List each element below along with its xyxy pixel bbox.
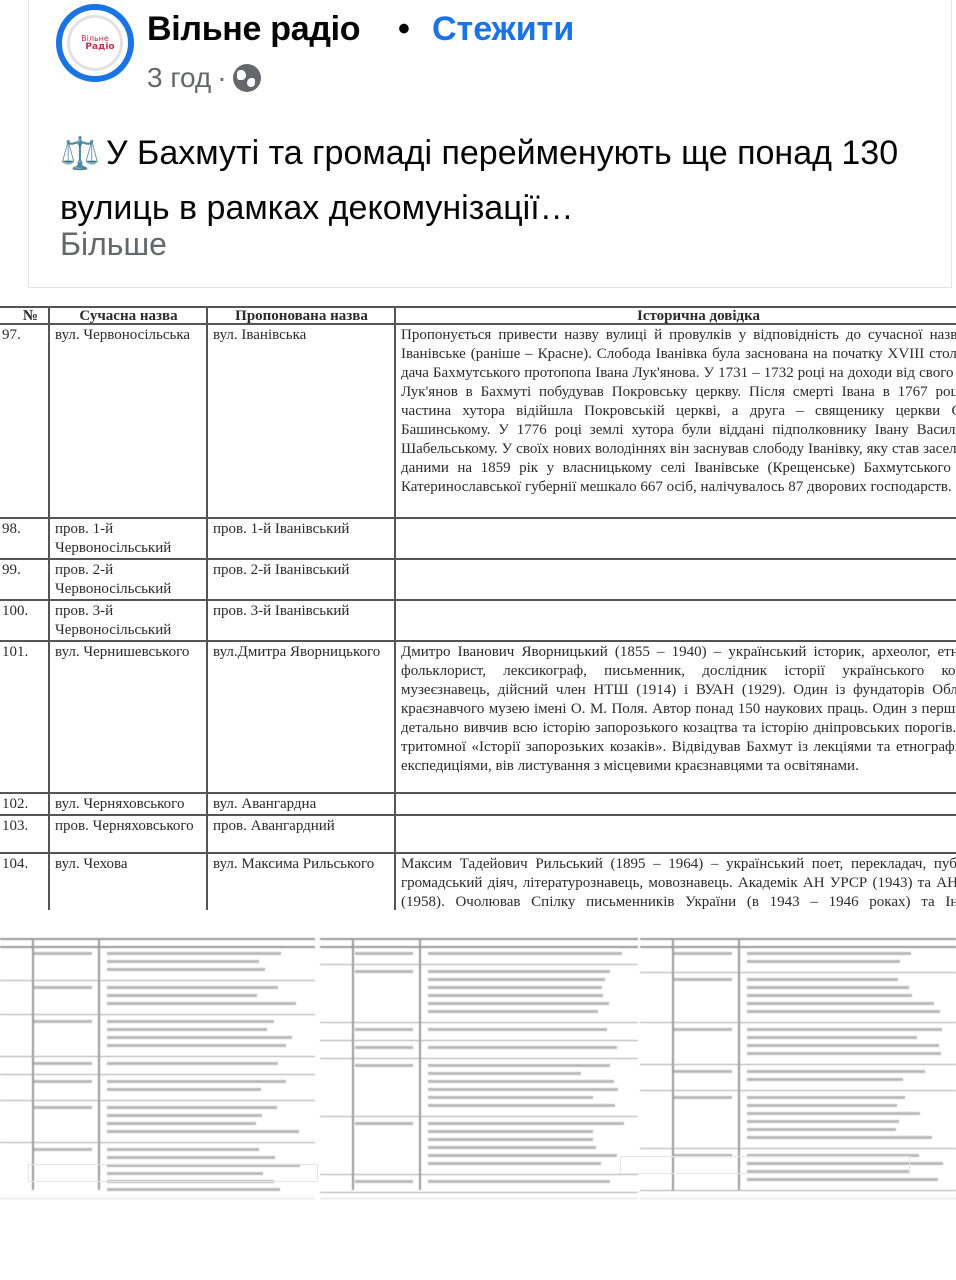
thumbnail-line: [107, 1044, 286, 1047]
thumbnail-line: [0, 1074, 315, 1075]
follow-button[interactable]: Стежити: [432, 10, 574, 49]
thumbnail-line: [640, 938, 956, 948]
thumbnail-line: [640, 1190, 956, 1191]
thumbnail-line: [107, 1020, 274, 1023]
thumbnail-line: [674, 1096, 732, 1099]
thumbnail-line: [0, 938, 315, 948]
post-text: ⚖️У Бахмуті та громаді перейменують ще п…: [60, 126, 920, 236]
thumbnail-line: [320, 1116, 638, 1117]
thumbnail-line: [428, 1096, 593, 1099]
thumbnail-line: [640, 972, 956, 973]
thumbnail-line: [747, 994, 911, 997]
proposed-name-cell: пров. 1-й Іванівський: [207, 518, 395, 559]
table-row: 102.вул. Черняховськоговул. Авангардна: [0, 793, 956, 815]
proposed-name-cell: пров. 2-й Іванівський: [207, 559, 395, 600]
thumbnail-line: [107, 1080, 286, 1083]
thumbnail-line: [355, 1122, 413, 1125]
thumbnail-line: [355, 952, 413, 955]
thumbnail-line: [34, 1062, 92, 1065]
thumbnail-line: [107, 994, 257, 997]
history-cell: [395, 518, 956, 559]
proposed-name-cell: вул. Іванівська: [207, 324, 395, 518]
proposed-name-cell: вул. Авангардна: [207, 793, 395, 815]
thumbnail-line: [428, 1010, 598, 1013]
thumbnail-line: [747, 1078, 902, 1081]
row-number: 102.: [0, 793, 49, 815]
thumbnail-line: [428, 1064, 610, 1067]
history-cell: [395, 600, 956, 641]
thumbnail-line: [352, 938, 354, 1190]
thumbnail-line: [428, 952, 622, 955]
thumbnail-line: [747, 1104, 897, 1107]
history-cell: [395, 815, 956, 853]
thumbnail-line: [747, 1010, 940, 1013]
thumbnail-line: [107, 952, 281, 955]
post-timestamp[interactable]: 3 год: [147, 62, 211, 94]
col-header-current-name: Сучасна назва: [49, 307, 207, 324]
thumbnail-line: [320, 964, 638, 965]
col-header-proposed-name: Пропонована назва: [207, 307, 395, 324]
proposed-name-cell: пров. Авангардний: [207, 815, 395, 853]
thumbnail-line: [107, 1028, 267, 1031]
thumbnail-line: [320, 1058, 638, 1059]
row-number: 100.: [0, 600, 49, 641]
thumbnail-line: [107, 986, 278, 989]
thumbnail-line: [747, 952, 911, 955]
row-number: 99.: [0, 559, 49, 600]
thumbnail-line: [107, 1062, 278, 1065]
thumbnail-line: [34, 986, 92, 989]
thumbnail-line: [419, 938, 421, 1190]
thumbnail-line: [428, 1130, 593, 1133]
thumbnail-line: [747, 1128, 896, 1131]
post-body: У Бахмуті та громаді перейменують ще пон…: [60, 134, 898, 227]
thumbnail-line: [747, 1028, 941, 1031]
thumbnail-line: [107, 1188, 280, 1191]
thumbnail-line: [428, 1080, 613, 1083]
thumbnail-line: [355, 1046, 413, 1049]
current-name-cell: пров. 2-й Червоносільський: [49, 559, 207, 600]
thumbnail-line: [0, 980, 315, 981]
page-name-link[interactable]: Вільне радіо: [147, 10, 360, 49]
thumbnail-line: [640, 1064, 956, 1065]
current-name-cell: вул. Червоносільська: [49, 324, 207, 518]
thumbnail-line: [107, 1156, 275, 1159]
thumbnail-line: [107, 1130, 299, 1133]
thumbnail-line: [107, 1036, 292, 1039]
see-more-link[interactable]: Більше: [60, 226, 167, 263]
table-row: 97.вул. Червоносільськавул. ІванівськаПр…: [0, 324, 956, 518]
meta-separator: ·: [217, 62, 226, 94]
thumbnail-line: [428, 970, 610, 973]
thumbnail-line: [320, 1192, 638, 1193]
current-name-cell: пров. Черняховського: [49, 815, 207, 853]
thumbnail-line: [0, 1014, 315, 1015]
thumbnail-line: [320, 938, 638, 948]
current-name-cell: вул. Чехова: [49, 853, 207, 910]
row-number: 98.: [0, 518, 49, 559]
thumbnail-line: [107, 1002, 296, 1005]
thumbnail-line: [107, 1122, 256, 1125]
thumbnail-line: [355, 970, 413, 973]
history-cell: Максим Тадейович Рильський (1895 – 1964)…: [395, 853, 956, 910]
more-images-gallery: [0, 912, 956, 1280]
thumbnail-line: [747, 1120, 898, 1123]
current-name-cell: вул. Чернишевського: [49, 641, 207, 793]
thumbnail-line: [0, 1056, 315, 1057]
proposed-name-cell: вул. Максима Рильського: [207, 853, 395, 910]
thumbnail-line: [747, 1070, 925, 1073]
thumbnail-line: [640, 1148, 956, 1149]
thumbnail-line: [747, 1178, 938, 1181]
thumbnail-line: [428, 1002, 609, 1005]
table-row: 98.пров. 1-й Червоносільськийпров. 1-й І…: [0, 518, 956, 559]
thumbnail-line: [747, 1002, 934, 1005]
radio-logo-icon: Вільне Радіо: [67, 15, 123, 71]
document-thumbnail[interactable]: [320, 924, 638, 1199]
thumbnail-line: [747, 1036, 916, 1039]
thumbnail-line: [0, 1100, 315, 1101]
table-header-row: № Сучасна назва Пропонована назва Істори…: [0, 307, 956, 324]
thumbnail-line: [107, 1106, 277, 1109]
thumbnail-line: [428, 1146, 596, 1149]
thumbnail-line: [34, 1148, 92, 1151]
proposed-name-cell: вул.Дмитра Яворницького: [207, 641, 395, 793]
thumbnail-line: [428, 1046, 617, 1049]
thumbnail-line: [747, 1136, 932, 1139]
thumbnail-line: [747, 1044, 938, 1047]
thumbnail-line: [107, 968, 265, 971]
thumbnail-line: [747, 1096, 905, 1099]
proposed-name-cell: пров. 3-й Іванівський: [207, 600, 395, 641]
table-row: 103.пров. Черняховськогопров. Авангардни…: [0, 815, 956, 853]
balance-scale-icon: ⚖️: [60, 126, 106, 181]
thumbnail-line: [674, 1028, 732, 1031]
thumbnail-line: [320, 1174, 638, 1175]
thumbnail-line: [428, 1088, 618, 1091]
thumbnail-line: [428, 1028, 607, 1031]
renaming-table: № Сучасна назва Пропонована назва Істори…: [0, 306, 956, 910]
thumbnail-line: [428, 1162, 601, 1165]
thumbnail-line: [747, 1052, 940, 1055]
thumbnail-line: [747, 1112, 920, 1115]
col-header-number: №: [0, 307, 49, 324]
table-row: 100.пров. 3-й Червоносільськийпров. 3-й …: [0, 600, 956, 641]
col-header-history: Історична довідка: [395, 307, 956, 324]
current-name-cell: пров. 3-й Червоносільський: [49, 600, 207, 641]
thumbnail-line: [320, 1022, 638, 1023]
thumbnail-frame: [620, 1156, 910, 1174]
thumbnail-line: [428, 978, 605, 981]
thumbnail-line: [640, 1022, 956, 1023]
thumbnail-line: [428, 986, 601, 989]
thumbnail-line: [107, 960, 259, 963]
thumbnail-line: [428, 1154, 617, 1157]
thumbnail-line: [640, 1090, 956, 1091]
thumbnail-line: [34, 952, 92, 955]
thumbnail-line: [107, 1088, 261, 1091]
row-number: 103.: [0, 815, 49, 853]
globe-icon[interactable]: [233, 64, 261, 92]
table-row: 101.вул. Чернишевськоговул.Дмитра Яворни…: [0, 641, 956, 793]
row-number: 97.: [0, 324, 49, 518]
history-cell: Дмитро Іванович Яворницький (1855 – 1940…: [395, 641, 956, 793]
thumbnail-line: [107, 1148, 259, 1151]
thumbnail-line: [428, 1138, 593, 1141]
thumbnail-line: [747, 986, 908, 989]
thumbnail-line: [34, 1020, 92, 1023]
history-cell: [395, 559, 956, 600]
name-separator: •: [398, 10, 410, 49]
thumbnail-line: [674, 1070, 732, 1073]
thumbnail-line: [747, 978, 898, 981]
document-thumbnail[interactable]: [0, 924, 315, 1199]
thumbnail-line: [428, 1104, 615, 1107]
thumbnail-line: [34, 1106, 92, 1109]
post-meta: 3 год ·: [147, 62, 261, 94]
row-number: 101.: [0, 641, 49, 793]
thumbnail-line: [428, 1072, 581, 1075]
page-avatar[interactable]: Вільне Радіо: [56, 4, 134, 82]
thumbnail-line: [0, 1142, 315, 1143]
history-cell: Пропонується привести назву вулиці й про…: [395, 324, 956, 518]
thumbnail-line: [355, 1028, 413, 1031]
thumbnail-frame: [28, 1164, 318, 1182]
thumbnail-line: [98, 938, 100, 1190]
thumbnail-line: [320, 1040, 638, 1041]
thumbnail-line: [747, 960, 900, 963]
history-cell: [395, 793, 956, 815]
current-name-cell: пров. 1-й Червоносільський: [49, 518, 207, 559]
thumbnail-line: [355, 1064, 413, 1067]
thumbnail-line: [428, 1122, 624, 1125]
thumbnail-line: [428, 1180, 610, 1183]
current-name-cell: вул. Черняховського: [49, 793, 207, 815]
row-number: 104.: [0, 853, 49, 910]
thumbnail-line: [355, 1180, 413, 1183]
thumbnail-line: [428, 994, 603, 997]
table-row: 99.пров. 2-й Червоносільськийпров. 2-й І…: [0, 559, 956, 600]
thumbnail-line: [674, 952, 732, 955]
post-image-document-table[interactable]: № Сучасна назва Пропонована назва Істори…: [0, 306, 956, 910]
thumbnail-line: [34, 1080, 92, 1083]
table-row: 104.вул. Чеховавул. Максима РильськогоМа…: [0, 853, 956, 910]
thumbnail-line: [674, 978, 732, 981]
thumbnail-line: [107, 1114, 262, 1117]
